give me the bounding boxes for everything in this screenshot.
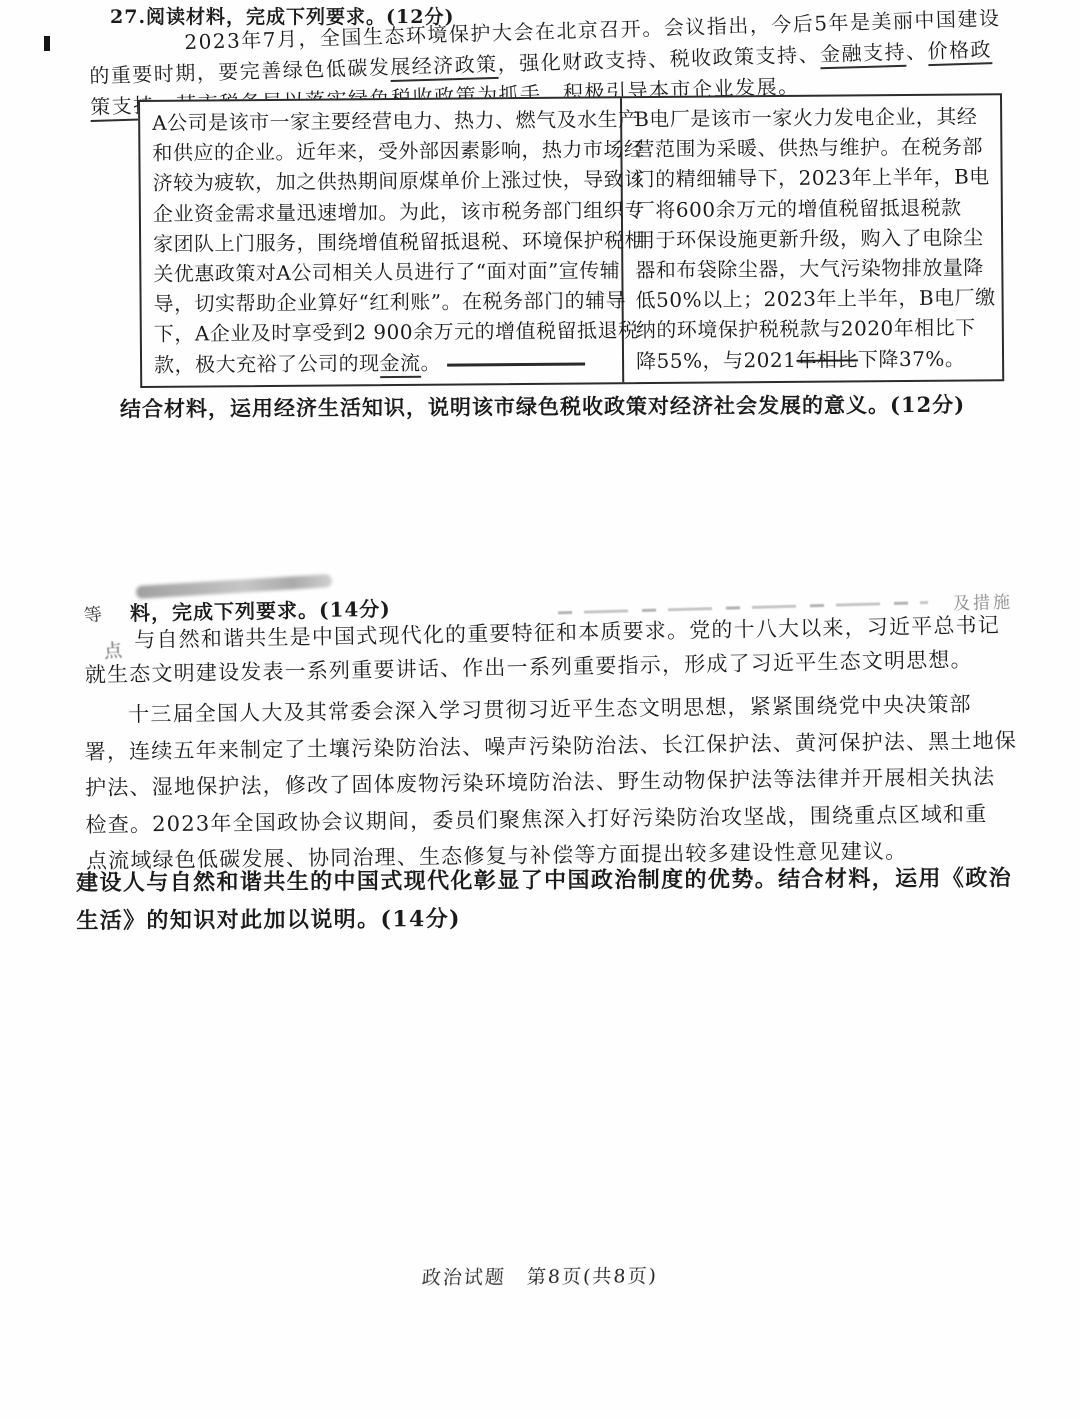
text-line: 低50%以上；2023年上半年，B电厂缴 xyxy=(635,282,995,315)
text-line: A公司是该市一家主要经营电力、热力、燃气及水生产 xyxy=(152,104,610,138)
text-line-last: 款，极大充裕了公司的现金流。 xyxy=(154,346,612,380)
text-line: 门的精细辅导下，2023年上半年，B电 xyxy=(635,162,995,195)
text-line-last: 降55%，与2021年相比下降37%。 xyxy=(636,343,996,376)
text-line: 和供应的企业。近年来，受外部因素影响，热力市场经 xyxy=(152,134,610,168)
text-segment: 降55%，与2021 xyxy=(636,347,797,372)
underlined-phrase: 展经济政策 xyxy=(390,52,498,82)
intro-line-2-text: 的重要时期，要完善绿色低碳发 xyxy=(89,55,391,88)
text-line: 厂将600余万元的增值税留抵退税款 xyxy=(635,192,995,225)
text-line: 济较为疲软，加之供热期间原煤单价上涨过快，导致该 xyxy=(153,165,611,199)
text-segment: 。 xyxy=(420,350,441,374)
text-line: 纳的环境保护税税款与2020年相比下 xyxy=(636,313,996,346)
text-line: 生活》的知识对此加以说明。(14分) xyxy=(76,897,1036,940)
text-line: 营范围为采暖、供热与维护。在税务部 xyxy=(634,131,994,164)
question-28-prompt: 建设人与自然和谐共生的中国式现代化彰显了中国政治制度的优势。结合材料，运用《政治… xyxy=(76,859,1036,940)
hand-drawn-line xyxy=(447,360,585,367)
company-a-column: A公司是该市一家主要经营电力、热力、燃气及水生产 和供应的企业。近年来，受外部因… xyxy=(140,98,624,386)
text-line: 关优惠政策对A公司相关人员进行了“面对面”宣传辅 xyxy=(153,255,611,289)
materials-box: A公司是该市一家主要经营电力、热力、燃气及水生产 和供应的企业。近年来，受外部因… xyxy=(138,93,1004,388)
text-segment: 款，极大充裕了公司的现 xyxy=(154,351,380,377)
text-line: 器和布袋除尘器，大气污染物排放量降 xyxy=(635,252,995,285)
page-footer: 政治试题 第8页(共8页) xyxy=(0,1258,1080,1293)
text-line: 用于环保设施更新升级，购入了电除尘 xyxy=(635,222,995,255)
underlined-phrase: 价格政 xyxy=(927,37,992,66)
underlined-phrase: 金流 xyxy=(379,350,420,377)
text-line: 下，A企业及时享受到2 900余万元的增值税留抵退税 xyxy=(154,316,612,350)
intro-line-2-text: 、 xyxy=(906,39,928,64)
question-27-prompt: 结合材料，运用经济生活知识，说明该市绿色税收政策对经济社会发展的意义。(12分) xyxy=(120,389,965,423)
text-line: B电厂是该市一家火力发电企业，其经 xyxy=(634,101,994,134)
underlined-phrase: 金融支持 xyxy=(820,40,907,70)
text-line: 建设人与自然和谐共生的中国式现代化彰显了中国政治制度的优势。结合材料，运用《政治 xyxy=(76,859,1036,902)
question-28-paragraph-2: 十三届全国人大及其常委会深入学习贯彻习近平生态文明思想，紧紧围绕党中央决策部 署… xyxy=(84,685,1031,879)
scan-artifact-tick xyxy=(44,36,50,51)
plant-b-column: B电厂是该市一家火力发电企业，其经 营范围为采暖、供热与维护。在税务部 门的精细… xyxy=(622,95,1006,382)
text-segment: 下降37%。 xyxy=(858,346,966,371)
text-line: 导，切实帮助企业算好“红利账”。在税务部门的辅导 xyxy=(153,286,611,320)
text-line: 家团队上门服务，围绕增值税留抵退税、环境保护税相 xyxy=(153,225,611,259)
exam-paper-page: 27.阅读材料，完成下列要求。(12分) 2023年7月，全国生态环境保护大会在… xyxy=(0,0,1080,1418)
struck-phrase: 年相比 xyxy=(796,347,858,371)
text-line: 企业资金需求量迅速增加。为此，该市税务部门组织专 xyxy=(153,195,611,229)
